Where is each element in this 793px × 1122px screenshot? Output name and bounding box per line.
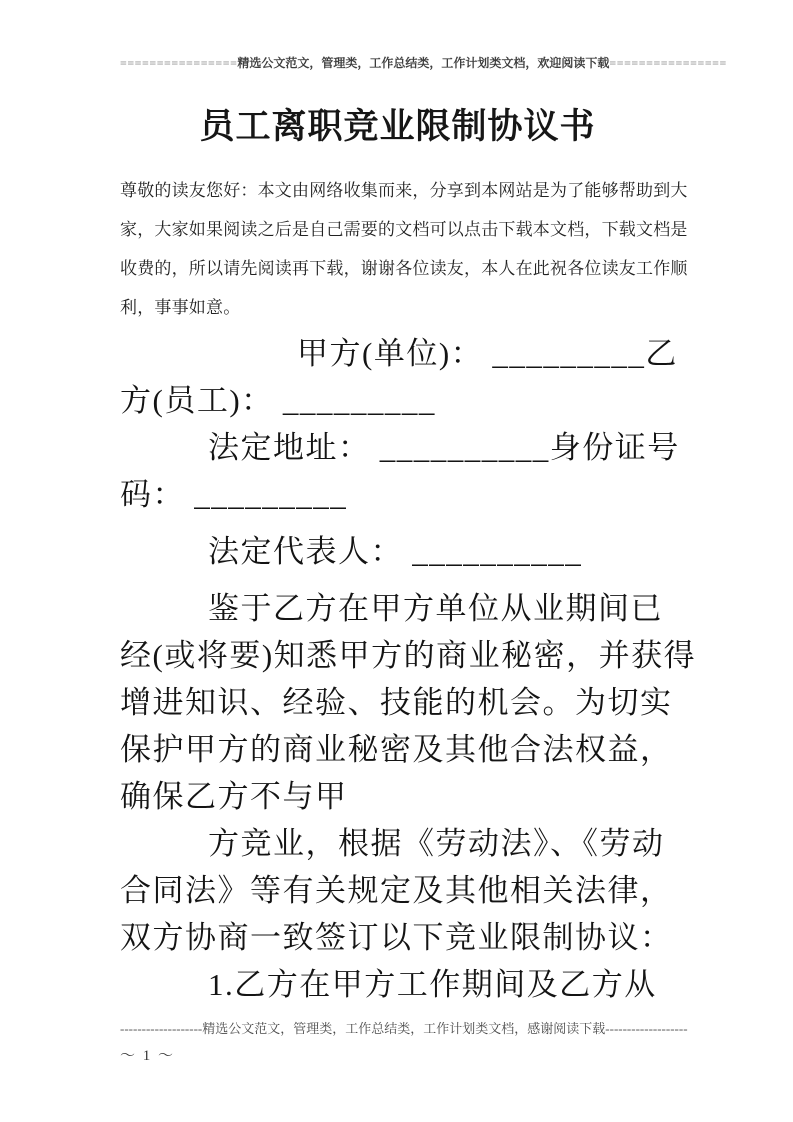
header-right-dashes: ================ — [609, 56, 726, 70]
line-basis-1: 方竞业，根据《劳动法》、《劳动 — [120, 820, 675, 867]
line-party-b: 方(员工)： _________ — [120, 377, 675, 424]
line-basis-2: 合同法》等有关规定及其他相关法律， — [120, 867, 675, 914]
intro-line: 收费的，所以请先阅读再下载，谢谢各位读友，本人在此祝各位读友工作顺 — [120, 249, 675, 288]
footer-banner-text: 精选公文范文，管理类，工作总结类，工作计划类文档，感谢阅读下载 — [202, 1021, 605, 1036]
line-clause-1: 1.乙方在甲方工作期间及乙方从 — [120, 961, 675, 1008]
document-title: 员工离职竞业限制协议书 — [120, 103, 675, 150]
intro-line: 利，事事如意。 — [120, 288, 675, 327]
document-page: ================精选公文范文，管理类，工作总结类，工作计划类文档… — [0, 0, 793, 1122]
footer-right-dashes: ------------------- — [605, 1021, 687, 1036]
line-party-a: 甲方(单位)： _________乙 — [120, 330, 675, 377]
footer-left-dashes: ------------------- — [120, 1021, 202, 1036]
intro-paragraph: 尊敬的读友您好：本文由网络收集而来，分享到本网站是为了能够帮助到大 家，大家如果… — [120, 171, 675, 327]
line-basis-3: 双方协商一致签订以下竞业限制协议： — [120, 914, 675, 961]
page-number: ～ 1 ～ — [120, 1044, 675, 1065]
document-body: 甲方(单位)： _________乙 方(员工)： _________ 法定地址… — [120, 330, 675, 1008]
header-left-dashes: ================ — [120, 56, 237, 70]
line-whereas-2: 经(或将要)知悉甲方的商业秘密，并获得 — [120, 632, 675, 679]
line-legal-representative: 法定代表人： __________ — [120, 528, 675, 575]
line-whereas-4: 保护甲方的商业秘密及其他合法权益， — [120, 726, 675, 773]
line-whereas-1: 鉴于乙方在甲方单位从业期间已 — [120, 585, 675, 632]
intro-line: 家，大家如果阅读之后是自己需要的文档可以点击下载本文档，下载文档是 — [120, 210, 675, 249]
header-banner-text: 精选公文范文，管理类，工作总结类，工作计划类文档，欢迎阅读下载 — [237, 56, 609, 70]
line-id-number: 码： _________ — [120, 471, 675, 518]
line-whereas-3: 增进知识、经验、技能的机会。为切实 — [120, 679, 675, 726]
line-legal-address: 法定地址： __________身份证号 — [120, 424, 675, 471]
intro-line: 尊敬的读友您好：本文由网络收集而来，分享到本网站是为了能够帮助到大 — [120, 171, 675, 210]
page-footer: -------------------精选公文范文，管理类，工作总结类，工作计划… — [120, 1020, 675, 1037]
line-whereas-5: 确保乙方不与甲 — [120, 773, 675, 820]
page-header: ================精选公文范文，管理类，工作总结类，工作计划类文档… — [120, 54, 675, 72]
